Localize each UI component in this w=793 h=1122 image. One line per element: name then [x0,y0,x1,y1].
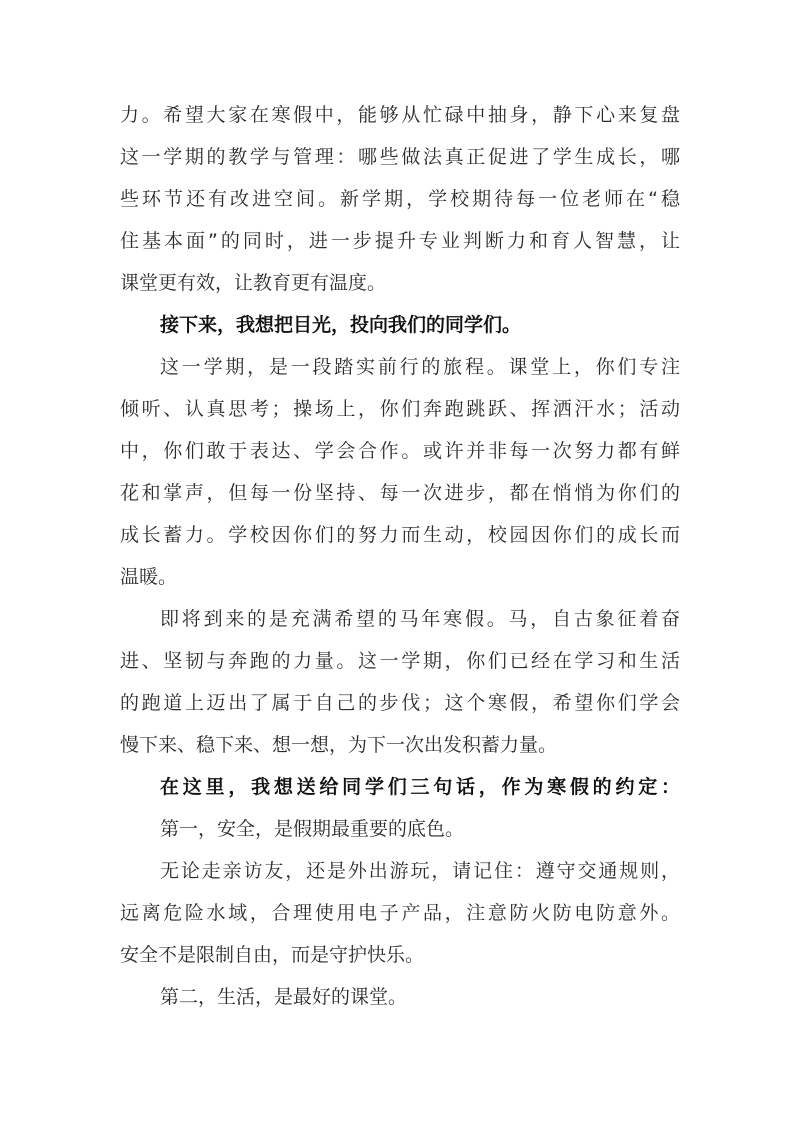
paragraph-line: 远离危险水域，合理使用电子产品，注意防火防电防意外。 [120,898,680,928]
paragraph-line: 成长蓄力。学校因你们的努力而生动，校园因你们的成长而 [120,520,680,550]
paragraph-line: 花和掌声，但每一份坚持、每一次进步，都在悄悄为你们的 [120,478,680,508]
paragraph-line: 这一学期，是一段踏实前行的旅程。课堂上，你们专注 [160,352,680,382]
paragraph-line: 即将到来的是充满希望的马年寒假。马，自古象征着奋 [160,604,680,634]
paragraph-line: 安全不是限制自由，而是守护快乐。 [120,940,680,970]
paragraph-line: 些环节还有改进空间。新学期，学校期待每一位老师在“稳 [120,184,680,214]
point-heading: 第二，生活，是最好的课堂。 [160,982,680,1012]
paragraph-line: 无论走亲访友，还是外出游玩，请记住：遵守交通规则， [160,856,680,886]
point-heading: 第一，安全，是假期最重要的底色。 [160,814,680,844]
paragraph-line: 这一学期的教学与管理：哪些做法真正促进了学生成长，哪 [120,142,680,172]
section-heading: 在这里，我想送给同学们三句话，作为寒假的约定： [160,772,680,802]
paragraph-line: 的跑道上迈出了属于自己的步伐；这个寒假，希望你们学会 [120,688,680,718]
paragraph-line: 住基本面”的同时，进一步提升专业判断力和育人智慧，让 [120,226,680,256]
paragraph-line: 中，你们敢于表达、学会合作。或许并非每一次努力都有鲜 [120,436,680,466]
paragraph-line: 倾听、认真思考；操场上，你们奔跑跳跃、挥洒汗水；活动 [120,394,680,424]
paragraph-line: 慢下来、稳下来、想一想，为下一次出发积蓄力量。 [120,730,680,760]
paragraph-line: 课堂更有效，让教育更有温度。 [120,268,680,298]
paragraph-line: 力。希望大家在寒假中，能够从忙碌中抽身，静下心来复盘 [120,100,680,130]
paragraph-line: 进、坚韧与奔跑的力量。这一学期，你们已经在学习和生活 [120,646,680,676]
section-heading: 接下来，我想把目光，投向我们的同学们。 [160,310,680,340]
document-page: 力。希望大家在寒假中，能够从忙碌中抽身，静下心来复盘 这一学期的教学与管理：哪些… [0,0,793,1122]
paragraph-line: 温暖。 [120,562,680,592]
